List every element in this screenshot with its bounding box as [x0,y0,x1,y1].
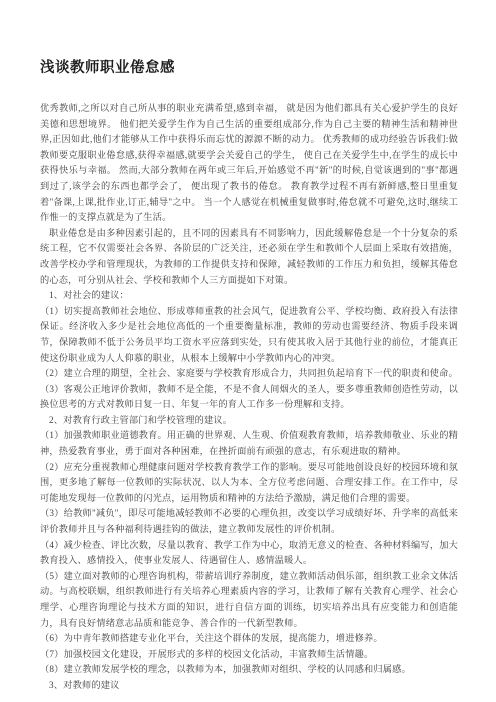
paragraph: 2、对教育行政主管部门和学校管理的建议。 [40,413,458,429]
document-page: 浅谈教师职业倦怠感 优秀教师,之所以对自己所从事的职业充满希望,感到幸福， 就是… [0,0,496,702]
document-body: 优秀教师,之所以对自己所从事的职业充满希望,感到幸福， 就是因为他们都具有关心爱… [40,101,458,694]
paragraph: （6）为中青年教师搭建专业化平台，关注这个群体的发展，提高能力，增进修养。 [40,631,458,647]
paragraph: 职业倦怠是由多种因素引起的，且不同的因素具有不同影响力，因此缓解倦怠是一个十分复… [40,226,458,288]
paragraph: （2）建立合理的期望，全社会、家庭要与学校教育形成合力，共同担负起培育下一代的职… [40,366,458,382]
paragraph: （2）应充分重视教师心理健康问题对学校教育教学工作的影响。要尽可能地创设良好的校… [40,460,458,507]
paragraph: （1）切实提高教师社会地位、形成尊师重教的社会风气，促进教育公平、学校均衡、政府… [40,304,458,366]
paragraph: （1）加强教师职业道德教育。用正确的世界观、人生观、价值观教育教师，培养教师敬业… [40,428,458,459]
paragraph: 优秀教师,之所以对自己所从事的职业充满希望,感到幸福， 就是因为他们都具有关心爱… [40,101,458,226]
paragraph: （3）给教师"减负"，即尽可能地减轻教师不必要的心理负担，改变以学习成绩好坏、升… [40,506,458,537]
document-title: 浅谈教师职业倦怠感 [40,56,458,77]
document-content: 浅谈教师职业倦怠感 优秀教师,之所以对自己所从事的职业充满希望,感到幸福， 就是… [0,0,496,694]
paragraph: （4）减少检查、评比次数，尽量以教育、教学工作为中心，取消无意义的检查、各种材料… [40,538,458,569]
paragraph: 1、对社会的建议： [40,288,458,304]
paragraph: （8）建立教师发展学校的理念，以教师为本，加强教师对组织、学校的认同感和归属感。 [40,662,458,678]
paragraph: 3、对教师的建议 [40,678,458,694]
paragraph: （3）客观公正地评价教师，教师不是全能，不是不食人间烟火的圣人，要多尊重教师创造… [40,382,458,413]
paragraph: （7）加强校园文化建设，开展形式的多样的校园文化活动，丰富教师生活情趣。 [40,647,458,663]
paragraph: （5）建立面对教师的心理咨询机构，带薪培训疗养制度，建立教师活动俱乐部，组织教工… [40,569,458,631]
